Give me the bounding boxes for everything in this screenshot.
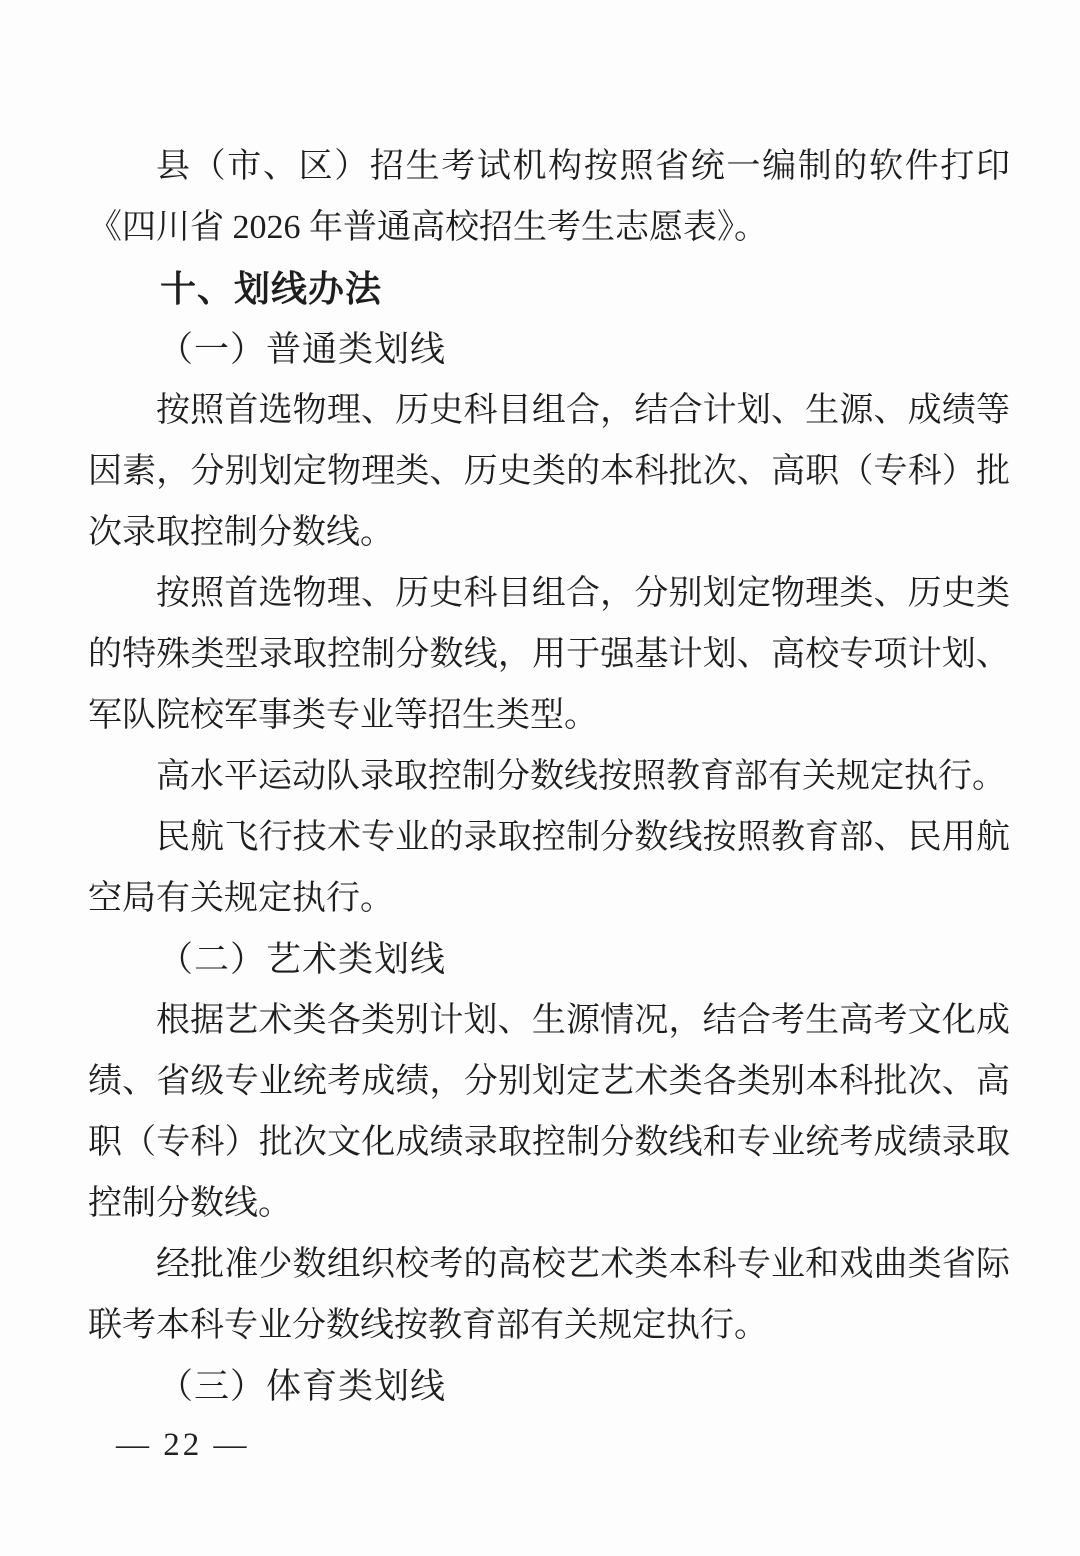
paragraph-print-application-form: 县（市、区）招生考试机构按照省统一编制的软件打印《四川省 2026 年普通高校招…	[88, 136, 1010, 258]
paragraph-civil-aviation-flight-tech: 民航飞行技术专业的录取控制分数线按照教育部、民用航空局有关规定执行。	[88, 807, 1010, 929]
sub-heading-art-category: （二）艺术类划线	[88, 929, 1010, 990]
sub-heading-sports-category: （三）体育类划线	[88, 1356, 1010, 1417]
paragraph-high-level-sports-team: 高水平运动队录取控制分数线按照教育部有关规定执行。	[88, 746, 1010, 807]
paragraph-art-cutoff-lines: 根据艺术类各类别计划、生源情况，结合考生高考文化成绩、省级专业统考成绩，分别划定…	[88, 990, 1010, 1234]
page-footer: — 22 —	[116, 1421, 250, 1469]
paragraph-special-type-cutoff-lines: 按照首选物理、历史科目组合，分别划定物理类、历史类的特殊类型录取控制分数线，用于…	[88, 563, 1010, 746]
paragraph-general-cutoff-lines: 按照首选物理、历史科目组合，结合计划、生源、成绩等因素，分别划定物理类、历史类的…	[88, 380, 1010, 563]
page-number: — 22 —	[116, 1427, 250, 1463]
sub-heading-general-category: （一）普通类划线	[88, 319, 1010, 380]
section-heading-line-drawing-method: 十、划线办法	[88, 258, 1010, 319]
paragraph-approved-school-exam-majors: 经批准少数组织校考的高校艺术类本科专业和戏曲类省际联考本科专业分数线按教育部有关…	[88, 1234, 1010, 1356]
document-page: 县（市、区）招生考试机构按照省统一编制的软件打印《四川省 2026 年普通高校招…	[0, 0, 1080, 1556]
